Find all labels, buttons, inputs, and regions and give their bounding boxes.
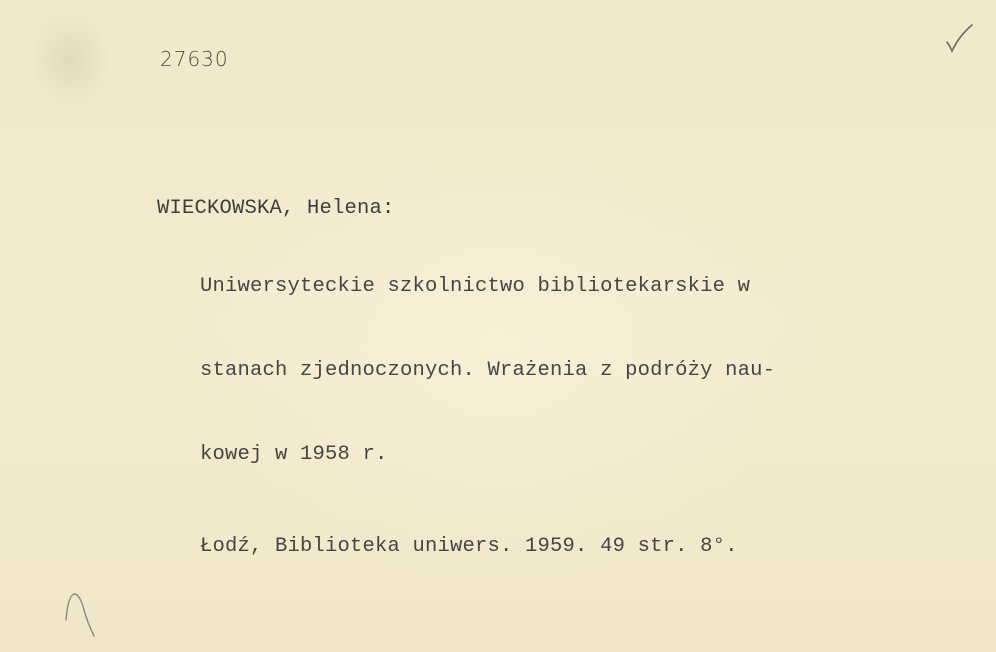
title-line-2: stanach zjednoczonych. Wrażenia z podróż… — [157, 357, 775, 385]
pencil-mark-icon — [62, 590, 98, 642]
checkmark-icon — [945, 22, 975, 54]
title-line-3: kowej w 1958 r. — [157, 441, 775, 469]
catalog-card: 27630 WIECKOWSKA, Helena: Uniwersyteckie… — [0, 0, 996, 652]
bibliographic-entry: WIECKOWSKA, Helena: Uniwersyteckie szkol… — [157, 141, 775, 617]
author-heading: WIECKOWSKA, Helena: — [157, 197, 775, 217]
title-line-1: Uniwersyteckie szkolnictwo bibliotekarsk… — [157, 273, 775, 301]
imprint-line: Łodź, Biblioteka uniwers. 1959. 49 str. … — [157, 533, 775, 561]
accession-number: 27630 — [160, 47, 229, 71]
